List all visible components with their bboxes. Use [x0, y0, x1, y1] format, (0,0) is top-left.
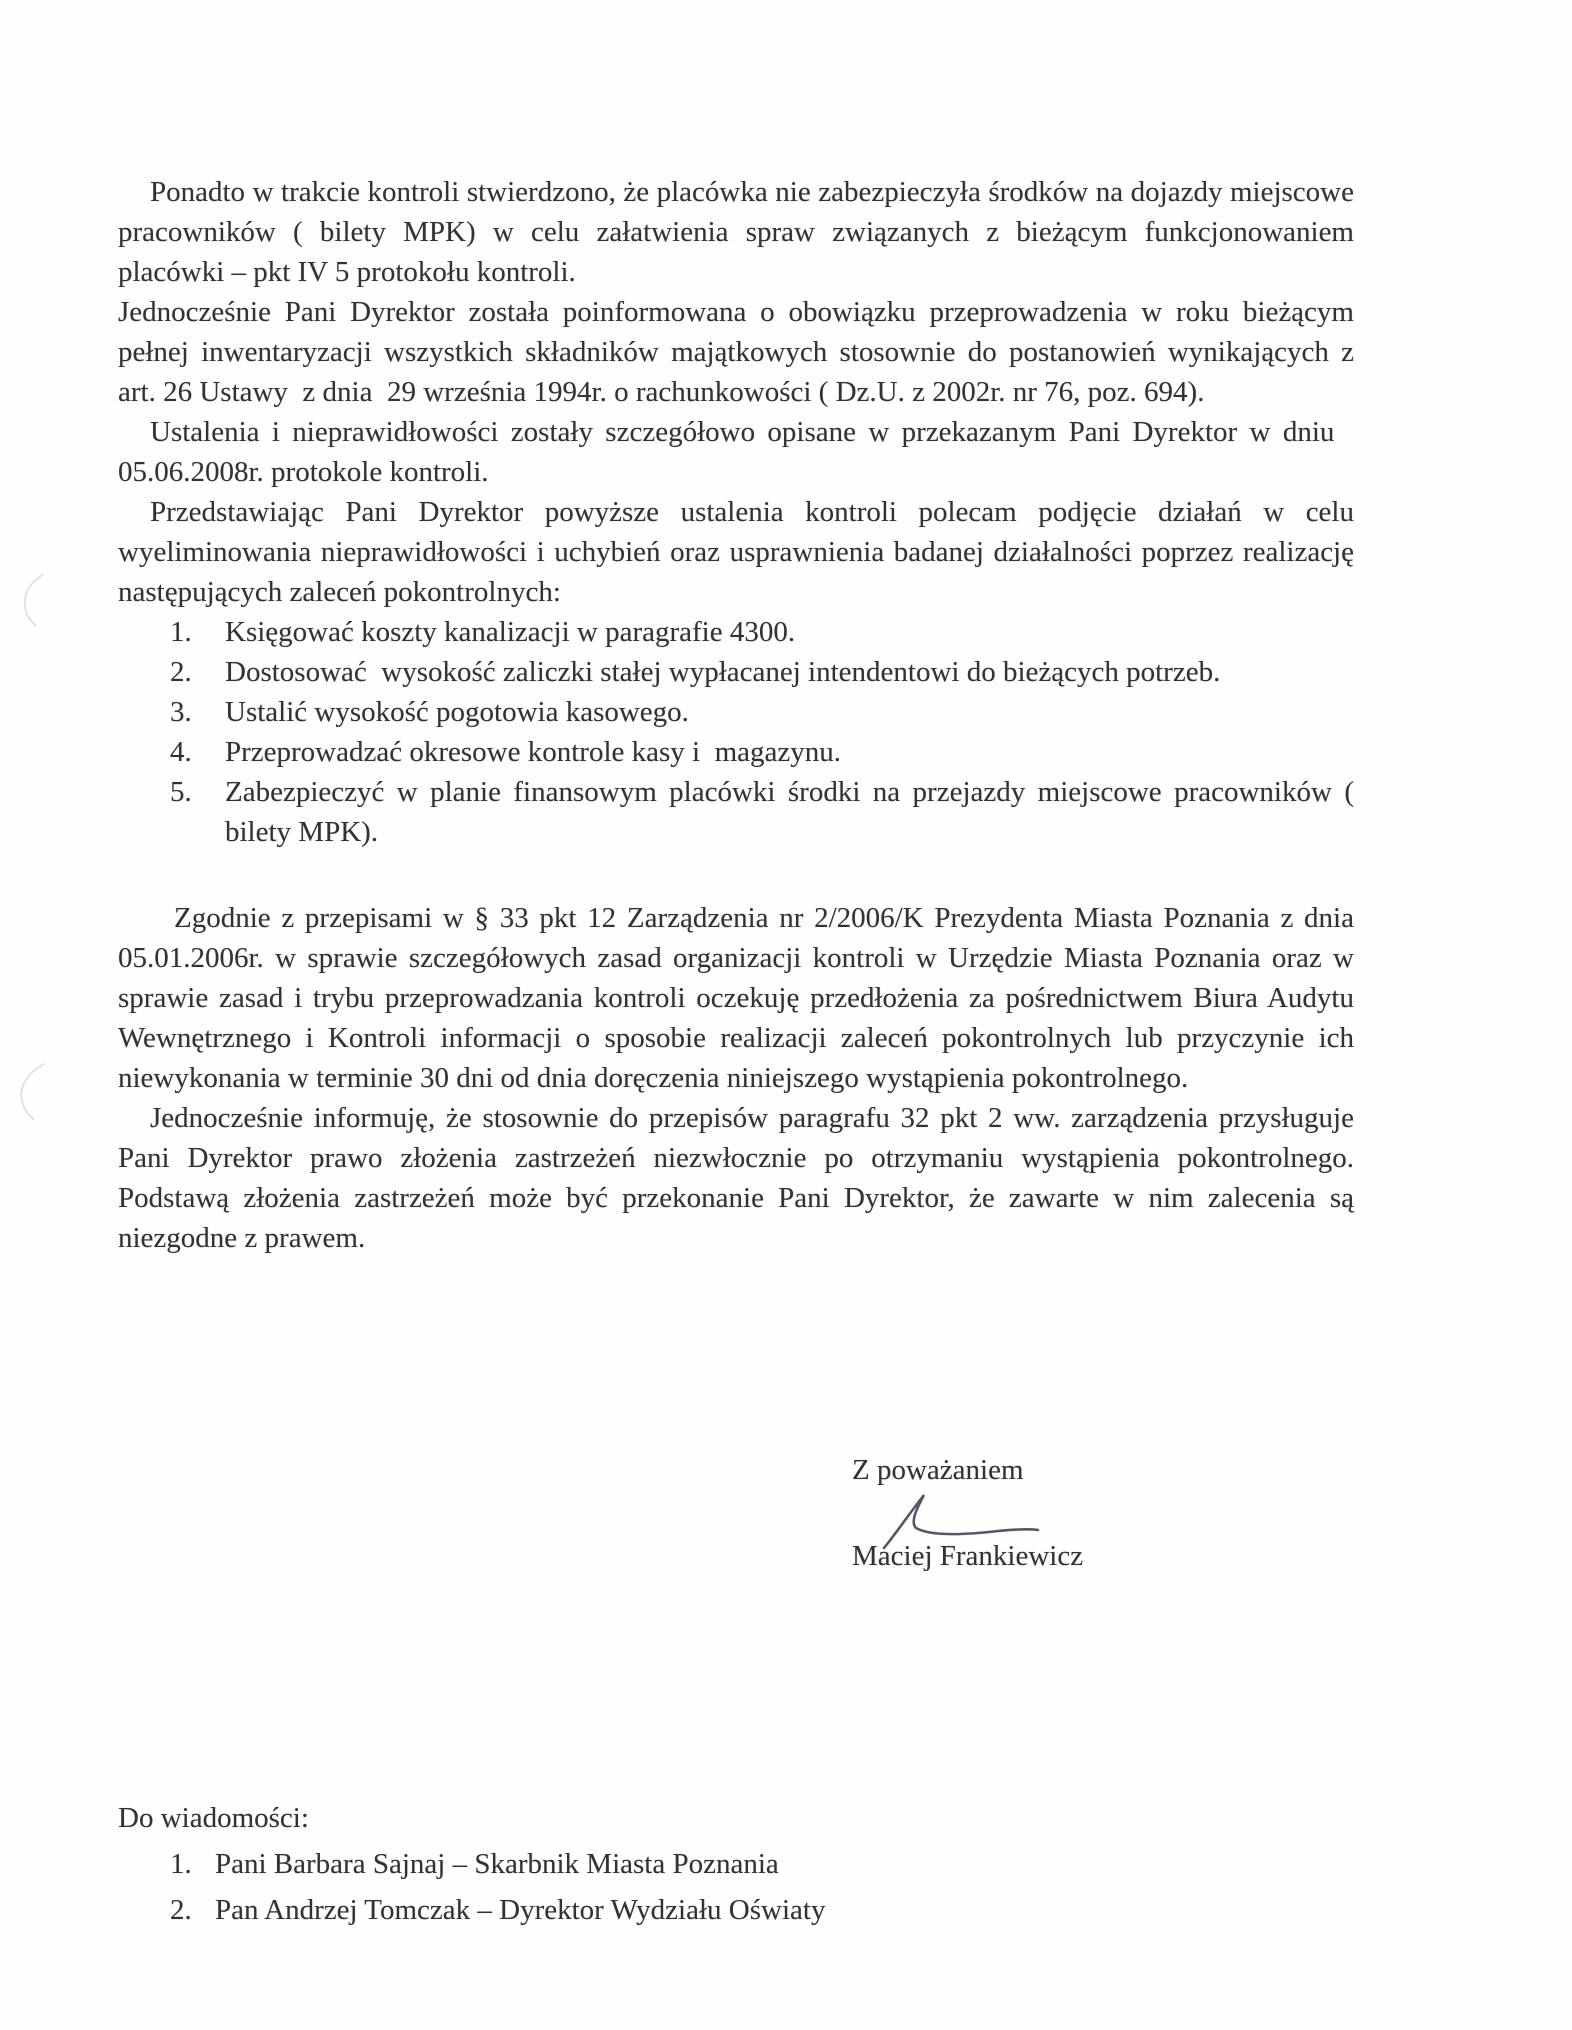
paragraph-legal-basis: Zgodnie z przepisami w § 33 pkt 12 Zarzą…: [118, 898, 1354, 1098]
signer-name: Maciej Frankiewicz: [852, 1536, 1083, 1576]
closing-block: Z poważaniem Maciej Frankiewicz: [852, 1450, 1083, 1576]
recommendation-item: Księgować koszty kanalizacji w paragrafi…: [118, 612, 1354, 652]
closing-salutation: Z poważaniem: [852, 1450, 1083, 1490]
cc-heading: Do wiadomości:: [118, 1798, 1354, 1838]
scanner-smudge-icon: [10, 572, 54, 633]
cc-list: Pani Barbara Sajnaj – Skarbnik Miasta Po…: [118, 1844, 1354, 1930]
scanned-document-page: Ponadto w trakcie kontroli stwierdzono, …: [0, 0, 1572, 2030]
cc-block: Do wiadomości: Pani Barbara Sajnaj – Ska…: [118, 1798, 1354, 1936]
handwritten-signature-icon: [878, 1492, 1083, 1542]
scanner-smudge-icon: [6, 1062, 54, 1127]
letter-body: Ponadto w trakcie kontroli stwierdzono, …: [118, 172, 1354, 1258]
paragraph-inventory-duty: Jednocześnie Pani Dyrektor została poinf…: [118, 292, 1354, 412]
recommendation-item: Zabezpieczyć w planie finansowym placówk…: [118, 772, 1354, 852]
paragraph-recommendations-intro: Przedstawiając Pani Dyrektor powyższe us…: [118, 492, 1354, 612]
recommendation-item: Dostosować wysokość zaliczki stałej wypł…: [118, 652, 1354, 692]
paragraph-objections: Jednocześnie informuję, że stosownie do …: [118, 1098, 1354, 1258]
cc-item: Pani Barbara Sajnaj – Skarbnik Miasta Po…: [118, 1844, 1354, 1884]
cc-item: Pan Andrzej Tomczak – Dyrektor Wydziału …: [118, 1890, 1354, 1930]
recommendation-item: Przeprowadzać okresowe kontrole kasy i m…: [118, 732, 1354, 772]
paragraph-findings-protocol: Ustalenia i nieprawidłowości zostały szc…: [118, 412, 1354, 492]
recommendation-item: Ustalić wysokość pogotowia kasowego.: [118, 692, 1354, 732]
recommendations-list: Księgować koszty kanalizacji w paragrafi…: [118, 612, 1354, 852]
paragraph-transport-funds: Ponadto w trakcie kontroli stwierdzono, …: [118, 172, 1354, 292]
